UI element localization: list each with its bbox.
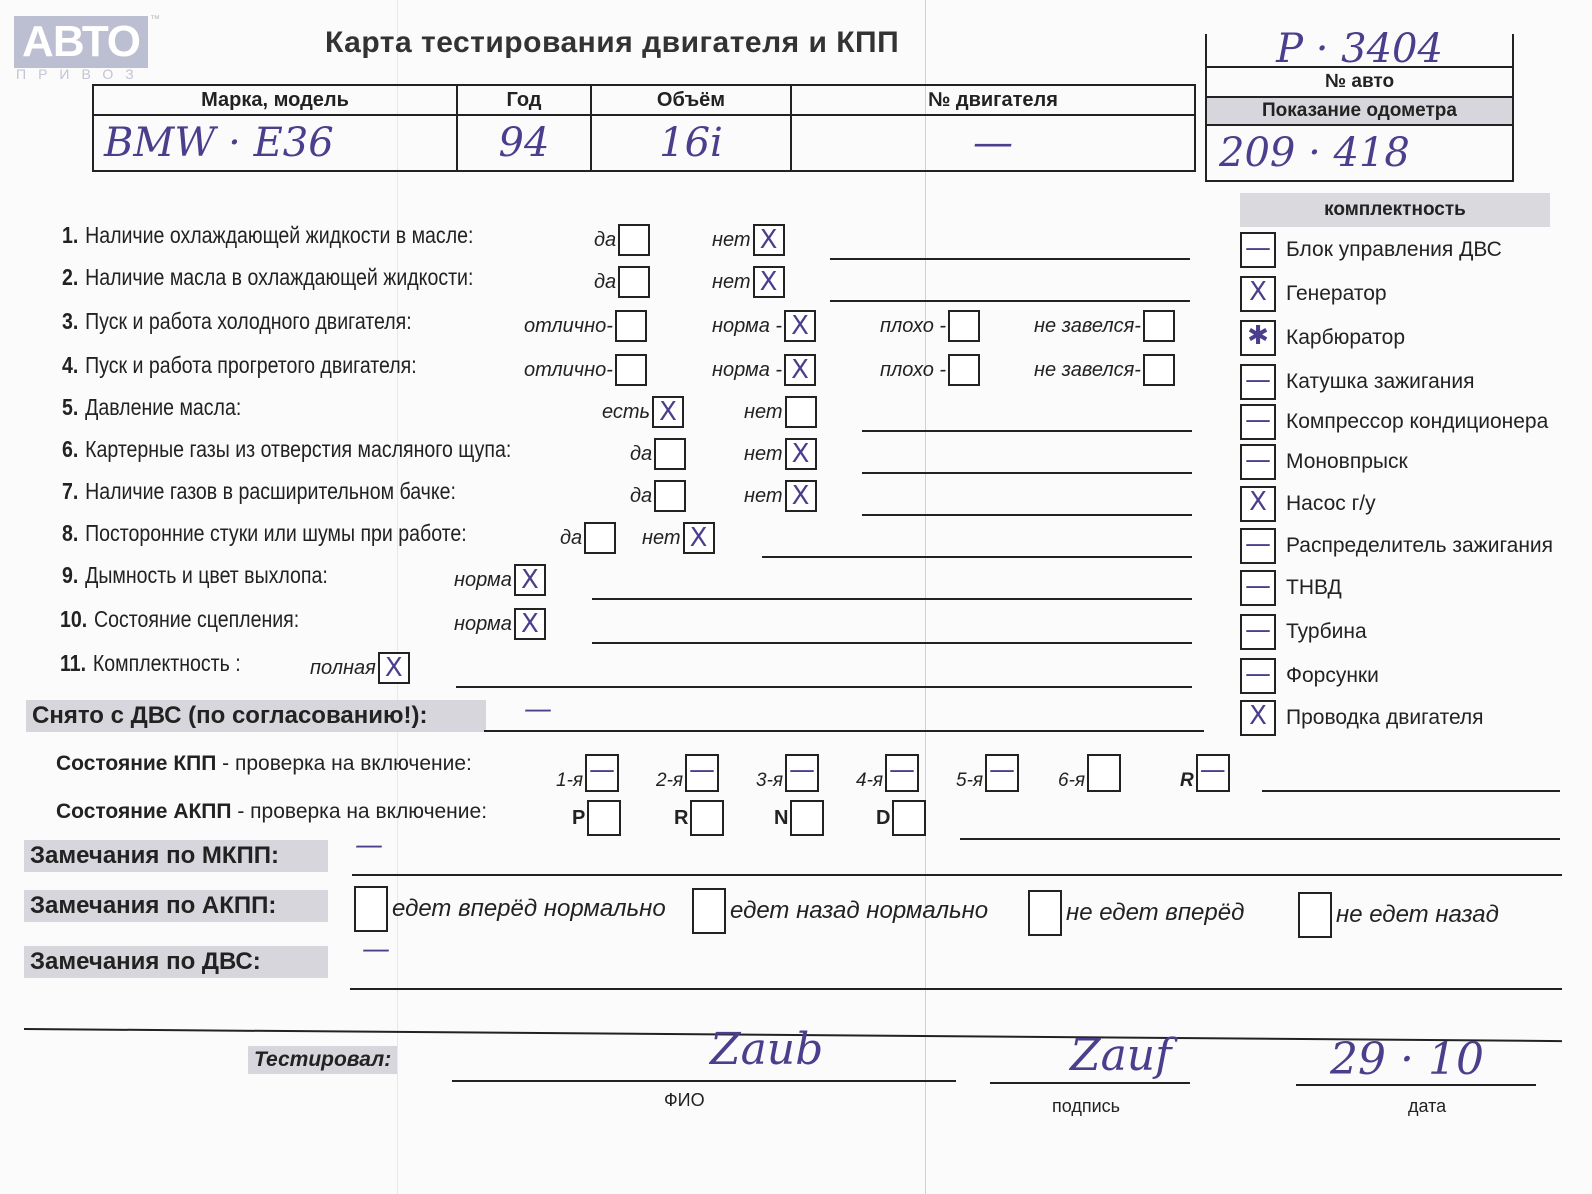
dvs-notes-line xyxy=(350,988,1562,990)
value-volume[interactable]: 16i xyxy=(591,115,791,171)
question-text: Наличие охлаждающей жидкости в масле: xyxy=(85,222,473,248)
option-label: норма - xyxy=(712,359,782,382)
mark-akpp-note-checkbox-2 xyxy=(694,890,724,932)
gear-option: 5-я— xyxy=(956,754,1019,792)
q3-checkbox-1[interactable] xyxy=(615,310,647,342)
question-1-option: нетX xyxy=(712,224,785,256)
question-text: Посторонние стуки или шумы при работе: xyxy=(85,520,467,546)
question-number: 8. xyxy=(62,520,78,546)
q8-checkbox-2[interactable]: X xyxy=(683,522,715,554)
kpp-label: Состояние КПП - проверка на включение: xyxy=(56,752,472,776)
test-date[interactable]: 29 · 10 xyxy=(1330,1034,1484,1085)
option-label: плохо - xyxy=(880,315,946,338)
question-text: Наличие масла в охлаждающей жидкости: xyxy=(85,264,473,290)
option-label: нет xyxy=(744,443,783,466)
answer-line xyxy=(592,598,1192,600)
mark-q4-checkbox-2: X xyxy=(786,356,814,384)
gear-checkbox-5[interactable]: — xyxy=(985,754,1019,792)
odometer-value[interactable]: 209 · 418 xyxy=(1207,126,1512,182)
header-engine-no: № двигателя xyxy=(791,85,1195,115)
question-7-option: нетX xyxy=(744,480,817,512)
mark-completeness-checkbox-5: — xyxy=(1242,406,1274,438)
akpp-notes-label: Замечания по АКПП: xyxy=(24,890,328,922)
akpp-label: Состояние АКПП - проверка на включение: xyxy=(56,800,487,824)
gear-option: 4-я— xyxy=(856,754,919,792)
header-make-model: Марка, модель xyxy=(93,85,457,115)
akpp-mode: D xyxy=(876,800,926,836)
question-9-option: нормаX xyxy=(454,564,546,596)
date-line xyxy=(1296,1084,1536,1086)
answer-line xyxy=(762,556,1192,558)
q4-checkbox-1[interactable] xyxy=(615,354,647,386)
akpp-note-option: едет назад нормально xyxy=(690,888,988,934)
value-engine-no[interactable]: — xyxy=(791,115,1195,171)
question-number: 10. xyxy=(60,606,87,632)
question-10: 10.Состояние сцепления: xyxy=(60,606,299,633)
removed-label: Снято с ДВС (по согласованию!): xyxy=(26,700,486,732)
answer-line xyxy=(592,642,1192,644)
mark-akpp-note-checkbox-3 xyxy=(1030,892,1060,934)
mark-gear-checkbox-6 xyxy=(1089,756,1119,790)
header-volume: Объём xyxy=(591,85,791,115)
option-label: есть xyxy=(602,401,650,424)
gear-label: R xyxy=(1180,770,1194,792)
completeness-checkbox-10[interactable]: — xyxy=(1240,614,1276,650)
answer-line xyxy=(862,514,1192,516)
mark-q7-checkbox-1 xyxy=(656,482,684,510)
mark-completeness-checkbox-3: ✱ xyxy=(1242,322,1274,354)
completeness-checkbox-2[interactable]: X xyxy=(1240,276,1276,312)
akpp-note-label: едет назад нормально xyxy=(730,897,988,925)
question-text: Наличие газов в расширительном бачке: xyxy=(85,478,456,504)
gear-checkbox-6[interactable] xyxy=(1087,754,1121,792)
q6-checkbox-2[interactable]: X xyxy=(785,438,817,470)
option-label: не завелся- xyxy=(1034,359,1141,382)
mark-akpp-checkbox-1 xyxy=(589,802,619,834)
value-year[interactable]: 94 xyxy=(457,115,591,171)
question-9: 9.Дымность и цвет выхлопа: xyxy=(62,562,328,589)
question-10-option: нормаX xyxy=(454,608,546,640)
value-make-model[interactable]: BMW · E36 xyxy=(93,115,457,171)
option-label: да xyxy=(630,485,652,508)
mark-gear-checkbox-4: — xyxy=(887,756,917,790)
question-3-option: плохо - xyxy=(880,310,980,342)
mark-akpp-note-checkbox-4 xyxy=(1300,894,1330,936)
question-5: 5.Давление масла: xyxy=(62,394,241,421)
gear-label: 4-я xyxy=(856,770,883,792)
question-4-option: не завелся- xyxy=(1034,354,1175,386)
mark-q1-checkbox-1 xyxy=(620,226,648,254)
name-line xyxy=(452,1080,956,1082)
gear-option: 3-я— xyxy=(756,754,819,792)
mark-completeness-checkbox-7: X xyxy=(1242,488,1274,520)
question-4-option: норма -X xyxy=(712,354,816,386)
question-8-option: нетX xyxy=(642,522,715,554)
mark-gear-checkbox-5: — xyxy=(987,756,1017,790)
mark-akpp-note-checkbox-1 xyxy=(356,888,386,930)
removed-line xyxy=(484,730,1204,732)
question-3-option: отлично- xyxy=(524,310,647,342)
question-1-option: да xyxy=(594,224,650,256)
header-year: Год xyxy=(457,85,591,115)
q5-checkbox-2[interactable] xyxy=(785,396,817,428)
mark-gear-checkbox-7: — xyxy=(1198,756,1228,790)
gear-option: R— xyxy=(1180,754,1230,792)
q11-checkbox-1[interactable]: X xyxy=(378,652,410,684)
q6-checkbox-1[interactable] xyxy=(654,438,686,470)
odometer-label: Показание одометра xyxy=(1207,98,1512,126)
option-label: не завелся- xyxy=(1034,315,1141,338)
mark-akpp-checkbox-3 xyxy=(792,802,822,834)
signature-caption: подпись xyxy=(1052,1096,1120,1117)
mark-q3-checkbox-3 xyxy=(950,312,978,340)
option-label: нет xyxy=(642,527,681,550)
completeness-item: XГенератор xyxy=(1240,276,1387,312)
gear-label: 2-я xyxy=(656,770,683,792)
gear-checkbox-4[interactable]: — xyxy=(885,754,919,792)
completeness-item: —Компрессор кондиционера xyxy=(1240,404,1548,440)
q7-checkbox-2[interactable]: X xyxy=(785,480,817,512)
question-text: Комплектность : xyxy=(93,650,241,676)
option-label: нет xyxy=(712,229,751,252)
mark-q1-checkbox-2: X xyxy=(755,226,783,254)
gear-checkbox-1[interactable]: — xyxy=(585,754,619,792)
gear-option: 2-я— xyxy=(656,754,719,792)
q4-checkbox-2[interactable]: X xyxy=(784,354,816,386)
mkpp-notes-value[interactable]: — xyxy=(355,828,383,861)
mark-q11-checkbox-1: X xyxy=(380,654,408,682)
tester-name[interactable]: Zaub xyxy=(710,1024,823,1075)
mark-q5-checkbox-1: X xyxy=(654,398,682,426)
mark-q3-checkbox-1 xyxy=(617,312,645,340)
mark-completeness-checkbox-10: — xyxy=(1242,616,1274,648)
q1-checkbox-2[interactable]: X xyxy=(753,224,785,256)
completeness-checkbox-1[interactable]: — xyxy=(1240,232,1276,268)
mark-gear-checkbox-3: — xyxy=(787,756,817,790)
akpp-checkbox-4[interactable] xyxy=(892,800,926,836)
completeness-label: Компрессор кондиционера xyxy=(1286,410,1548,434)
mark-completeness-checkbox-4: — xyxy=(1242,366,1274,398)
option-label: плохо - xyxy=(880,359,946,382)
akpp-mode-label: N xyxy=(774,807,788,830)
q9-checkbox-1[interactable]: X xyxy=(514,564,546,596)
option-label: отлично- xyxy=(524,359,613,382)
question-3: 3.Пуск и работа холодного двигателя: xyxy=(62,308,412,335)
question-4-option: плохо - xyxy=(880,354,980,386)
mark-completeness-checkbox-8: — xyxy=(1242,530,1274,562)
q5-checkbox-1[interactable]: X xyxy=(652,396,684,428)
gear-label: 6-я xyxy=(1058,770,1085,792)
completeness-label: Карбюратор xyxy=(1286,326,1405,350)
gear-option: 1-я— xyxy=(556,754,619,792)
name-caption: ФИО xyxy=(664,1090,705,1111)
question-6-option: нетX xyxy=(744,438,817,470)
car-no-label: № авто xyxy=(1207,68,1512,98)
car-no-value[interactable]: P · 3404 xyxy=(1207,34,1512,68)
q2-checkbox-2[interactable]: X xyxy=(753,266,785,298)
akpp-mode-label: D xyxy=(876,807,890,830)
question-2-option: да xyxy=(594,266,650,298)
completeness-label: Турбина xyxy=(1286,620,1367,644)
option-label: норма xyxy=(454,613,512,636)
completeness-checkbox-12[interactable]: X xyxy=(1240,700,1276,736)
mark-q2-checkbox-1 xyxy=(620,268,648,296)
question-8-option: да xyxy=(560,522,616,554)
page-title: Карта тестирования двигателя и КПП xyxy=(325,26,899,60)
completeness-label: Блок управления ДВС xyxy=(1286,238,1502,262)
question-7: 7.Наличие газов в расширительном бачке: xyxy=(62,478,456,505)
mark-q10-checkbox-1: X xyxy=(516,610,544,638)
mark-gear-checkbox-1: — xyxy=(587,756,617,790)
completeness-checkbox-9[interactable]: — xyxy=(1240,570,1276,606)
question-5-option: естьX xyxy=(602,396,684,428)
question-7-option: да xyxy=(630,480,686,512)
question-11-option: полнаяX xyxy=(310,652,410,684)
vehicle-table: Марка, модель Год Объём № двигателя BMW … xyxy=(92,84,1196,172)
akpp-note-label: едет вперёд нормально xyxy=(392,895,666,923)
question-text: Пуск и работа холодного двигателя: xyxy=(85,308,412,334)
mark-q8-checkbox-1 xyxy=(586,524,614,552)
question-8: 8.Посторонние стуки или шумы при работе: xyxy=(62,520,467,547)
mark-q8-checkbox-2: X xyxy=(685,524,713,552)
mark-completeness-checkbox-11: — xyxy=(1242,660,1274,692)
logo-subtitle: ПРИВОЗ xyxy=(16,66,146,82)
akpp-note-checkbox-3[interactable] xyxy=(1028,890,1062,936)
completeness-item: XПроводка двигателя xyxy=(1240,700,1484,736)
mark-completeness-checkbox-1: — xyxy=(1242,234,1274,266)
akpp-checkbox-2[interactable] xyxy=(690,800,724,836)
question-number: 4. xyxy=(62,352,78,378)
completeness-label: Распределитель зажигания xyxy=(1286,534,1553,558)
completeness-label: ТНВД xyxy=(1286,576,1342,600)
answer-line xyxy=(456,686,1192,688)
akpp-note-checkbox-1[interactable] xyxy=(354,886,388,932)
tested-by-label: Тестировал: xyxy=(248,1046,397,1074)
akpp-mode: N xyxy=(774,800,824,836)
option-label: да xyxy=(594,271,616,294)
mark-completeness-checkbox-2: X xyxy=(1242,278,1274,310)
completeness-checkbox-8[interactable]: — xyxy=(1240,528,1276,564)
akpp-line xyxy=(960,838,1560,840)
completeness-item: —Турбина xyxy=(1240,614,1367,650)
question-6: 6.Картерные газы из отверстия масляного … xyxy=(62,436,511,463)
question-3-option: не завелся- xyxy=(1034,310,1175,342)
option-label: нет xyxy=(744,485,783,508)
q3-checkbox-3[interactable] xyxy=(948,310,980,342)
completeness-label: Проводка двигателя xyxy=(1286,706,1484,730)
completeness-header: комплектность xyxy=(1240,193,1550,227)
completeness-label: Генератор xyxy=(1286,282,1387,306)
mark-q4-checkbox-3 xyxy=(950,356,978,384)
completeness-item: —Форсунки xyxy=(1240,658,1379,694)
completeness-checkbox-5[interactable]: — xyxy=(1240,404,1276,440)
akpp-mode-label: P xyxy=(572,807,585,830)
q2-checkbox-1[interactable] xyxy=(618,266,650,298)
completeness-checkbox-11[interactable]: — xyxy=(1240,658,1276,694)
q1-checkbox-1[interactable] xyxy=(618,224,650,256)
dvs-notes-label: Замечания по ДВС: xyxy=(24,946,328,978)
question-text: Состояние сцепления: xyxy=(94,606,299,632)
akpp-note-checkbox-4[interactable] xyxy=(1298,892,1332,938)
mark-completeness-checkbox-6: — xyxy=(1242,446,1274,478)
mark-q3-checkbox-2: X xyxy=(786,312,814,340)
mark-q6-checkbox-1 xyxy=(656,440,684,468)
completeness-label: Форсунки xyxy=(1286,664,1379,688)
akpp-checkbox-3[interactable] xyxy=(790,800,824,836)
completeness-item: —Моновпрыск xyxy=(1240,444,1408,480)
question-number: 3. xyxy=(62,308,78,334)
gear-checkbox-3[interactable]: — xyxy=(785,754,819,792)
option-label: нет xyxy=(712,271,751,294)
completeness-item: —ТНВД xyxy=(1240,570,1342,606)
gear-label: 3-я xyxy=(756,770,783,792)
completeness-checkbox-3[interactable]: ✱ xyxy=(1240,320,1276,356)
mark-q5-checkbox-2 xyxy=(787,398,815,426)
car-info-box: P · 3404 № авто Показание одометра 209 ·… xyxy=(1205,34,1514,182)
question-4-option: отлично- xyxy=(524,354,647,386)
question-4: 4.Пуск и работа прогретого двигателя: xyxy=(62,352,417,379)
mark-akpp-checkbox-2 xyxy=(692,802,722,834)
mark-q6-checkbox-2: X xyxy=(787,440,815,468)
question-1: 1.Наличие охлаждающей жидкости в масле: xyxy=(62,222,473,249)
answer-line xyxy=(862,472,1192,474)
tester-signature[interactable]: Zauf xyxy=(1070,1030,1171,1081)
option-label: нет xyxy=(744,401,783,424)
mark-q4-checkbox-4 xyxy=(1145,356,1173,384)
q3-checkbox-2[interactable]: X xyxy=(784,310,816,342)
kpp-line xyxy=(1262,790,1560,792)
akpp-mode: P xyxy=(572,800,621,836)
answer-line xyxy=(830,258,1190,260)
question-number: 2. xyxy=(62,264,78,290)
logo-trademark: ™ xyxy=(150,14,160,25)
akpp-mode: R xyxy=(674,800,724,836)
completeness-item: —Катушка зажигания xyxy=(1240,364,1474,400)
mkpp-notes-label: Замечания по МКПП: xyxy=(24,840,328,872)
question-11: 11.Комплектность : xyxy=(60,650,241,677)
option-label: да xyxy=(630,443,652,466)
answer-line xyxy=(830,300,1190,302)
option-label: да xyxy=(594,229,616,252)
question-number: 1. xyxy=(62,222,78,248)
gear-checkbox-7[interactable]: — xyxy=(1196,754,1230,792)
akpp-note-option: едет вперёд нормально xyxy=(352,886,666,932)
mkpp-notes-line xyxy=(352,874,1562,876)
akpp-note-option: не едет назад xyxy=(1296,892,1499,938)
q8-checkbox-1[interactable] xyxy=(584,522,616,554)
completeness-checkbox-7[interactable]: X xyxy=(1240,486,1276,522)
option-label: да xyxy=(560,527,582,550)
option-label: отлично- xyxy=(524,315,613,338)
question-5-option: нет xyxy=(744,396,817,428)
gear-option: 6-я xyxy=(1058,754,1121,792)
question-number: 6. xyxy=(62,436,78,462)
dvs-notes-value[interactable]: — xyxy=(362,932,390,965)
answer-line xyxy=(862,430,1192,432)
mark-q7-checkbox-2: X xyxy=(787,482,815,510)
mark-q9-checkbox-1: X xyxy=(516,566,544,594)
question-text: Картерные газы из отверстия масляного щу… xyxy=(85,436,511,462)
q7-checkbox-1[interactable] xyxy=(654,480,686,512)
akpp-note-option: не едет вперёд xyxy=(1026,890,1244,936)
removed-value[interactable]: — xyxy=(524,692,552,725)
q3-checkbox-4[interactable] xyxy=(1143,310,1175,342)
gear-label: 1-я xyxy=(556,770,583,792)
question-2: 2.Наличие масла в охлаждающей жидкости: xyxy=(62,264,473,291)
option-label: норма - xyxy=(712,315,782,338)
akpp-mode-label: R xyxy=(674,807,688,830)
completeness-label: Катушка зажигания xyxy=(1286,370,1474,394)
option-label: полная xyxy=(310,657,376,680)
question-number: 9. xyxy=(62,562,78,588)
akpp-note-label: не едет вперёд xyxy=(1066,899,1244,927)
mark-q2-checkbox-2: X xyxy=(755,268,783,296)
mark-q4-checkbox-1 xyxy=(617,356,645,384)
q4-checkbox-3[interactable] xyxy=(948,354,980,386)
date-caption: дата xyxy=(1408,1096,1446,1117)
completeness-checkbox-4[interactable]: — xyxy=(1240,364,1276,400)
question-number: 11. xyxy=(60,650,86,676)
question-2-option: нетX xyxy=(712,266,785,298)
completeness-item: XНасос г/у xyxy=(1240,486,1376,522)
paper-fold xyxy=(397,0,398,1194)
mark-q3-checkbox-4 xyxy=(1145,312,1173,340)
gear-checkbox-2[interactable]: — xyxy=(685,754,719,792)
mark-gear-checkbox-2: — xyxy=(687,756,717,790)
mark-completeness-checkbox-12: X xyxy=(1242,702,1274,734)
paper-fold xyxy=(925,0,926,1194)
question-6-option: да xyxy=(630,438,686,470)
gear-label: 5-я xyxy=(956,770,983,792)
question-text: Дымность и цвет выхлопа: xyxy=(85,562,328,588)
question-text: Давление масла: xyxy=(85,394,241,420)
completeness-item: —Распределитель зажигания xyxy=(1240,528,1553,564)
q4-checkbox-4[interactable] xyxy=(1143,354,1175,386)
mark-akpp-checkbox-4 xyxy=(894,802,924,834)
question-number: 5. xyxy=(62,394,78,420)
logo: АВТО xyxy=(14,16,148,68)
mark-completeness-checkbox-9: — xyxy=(1242,572,1274,604)
question-3-option: норма -X xyxy=(712,310,816,342)
akpp-note-label: не едет назад xyxy=(1336,901,1499,929)
question-text: Пуск и работа прогретого двигателя: xyxy=(85,352,417,378)
completeness-item: ✱Карбюратор xyxy=(1240,320,1405,356)
completeness-label: Насос г/у xyxy=(1286,492,1376,516)
question-number: 7. xyxy=(62,478,78,504)
akpp-note-checkbox-2[interactable] xyxy=(692,888,726,934)
completeness-item: —Блок управления ДВС xyxy=(1240,232,1502,268)
signature-line xyxy=(990,1082,1190,1084)
q10-checkbox-1[interactable]: X xyxy=(514,608,546,640)
akpp-checkbox-1[interactable] xyxy=(587,800,621,836)
completeness-label: Моновпрыск xyxy=(1286,450,1408,474)
completeness-checkbox-6[interactable]: — xyxy=(1240,444,1276,480)
option-label: норма xyxy=(454,569,512,592)
